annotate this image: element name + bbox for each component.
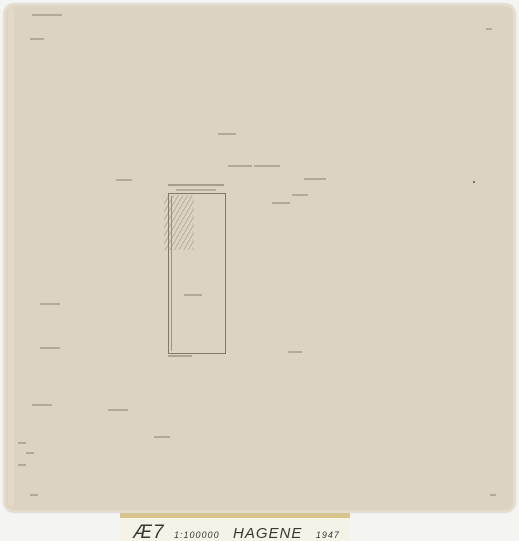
surveyed-area-detail (164, 195, 194, 250)
place-label (30, 494, 38, 496)
place-label (18, 442, 26, 444)
place-label (154, 436, 170, 438)
place-label (272, 202, 290, 204)
tape-strip (120, 513, 350, 518)
place-label (288, 351, 302, 353)
sheet-code: Æ7 (133, 522, 165, 541)
sheet-year: 1947 (316, 530, 340, 540)
place-label (228, 165, 252, 167)
sheet-label: Æ7 1:100000 HAGENE 1947 (133, 522, 340, 541)
place-label (18, 464, 26, 466)
place-label (490, 494, 496, 496)
place-label (486, 28, 492, 30)
place-label (218, 133, 236, 135)
place-label (292, 194, 308, 196)
place-label (254, 165, 280, 167)
point-marker (473, 181, 475, 183)
place-label (108, 409, 128, 411)
place-label (32, 14, 62, 16)
frame-footer-label (168, 355, 192, 357)
place-label (30, 38, 44, 40)
frame-subtitle (176, 189, 216, 191)
frame-title (168, 184, 224, 186)
place-label (32, 404, 52, 406)
sheet-name: HAGENE (233, 525, 302, 541)
place-label (304, 178, 326, 180)
place-label (26, 452, 34, 454)
place-label (40, 347, 60, 349)
sheet-scale: 1:100000 (174, 530, 220, 540)
place-label (40, 303, 60, 305)
place-label (116, 179, 132, 181)
map-sheet (4, 4, 515, 512)
